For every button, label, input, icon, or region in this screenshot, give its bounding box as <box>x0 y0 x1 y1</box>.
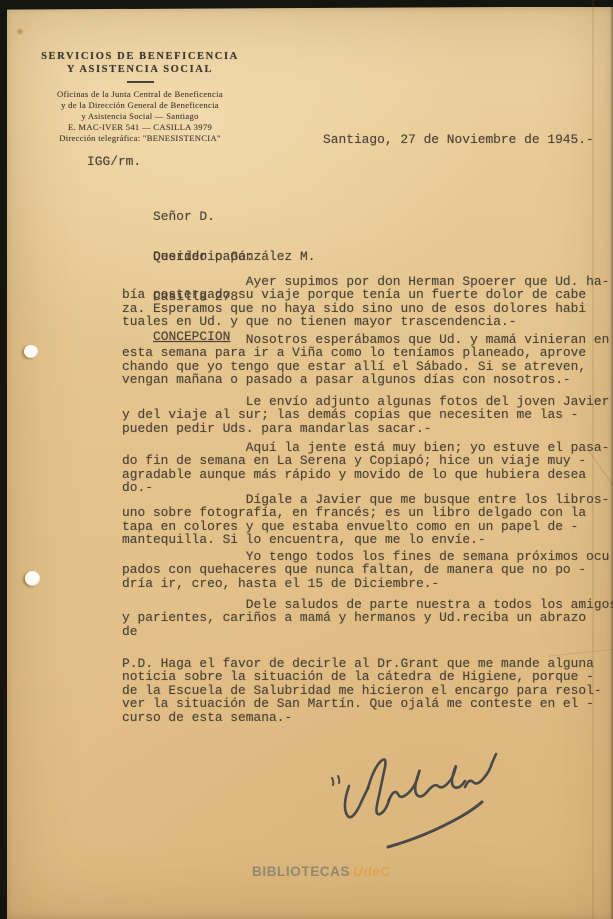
letterhead-sub-line2: y de la Dirección General de Beneficenci… <box>40 100 240 111</box>
signature-stroke-u <box>345 786 368 817</box>
letterhead-sub-line3: y Asistencia Social — Santiago <box>40 111 240 122</box>
letterhead-org-line1: SERVICIOS DE BENEFICENCIA <box>40 50 240 63</box>
recipient-title: Señor D. <box>153 210 315 223</box>
salutation: Querido papá: <box>153 250 254 263</box>
body-paragraph-5: Dígale a Javier que me busque entre los … <box>122 493 609 547</box>
library-watermark: BIBLIOTECASUdeC <box>252 864 391 879</box>
signature-stroke-tail <box>465 754 496 787</box>
body-paragraph-1: Ayer supimos por don Herman Spoerer que … <box>122 275 609 329</box>
signature-underline-flourish <box>388 802 482 847</box>
scanned-letter-page: SERVICIOS DE BENEFICENCIA Y ASISTENCIA S… <box>0 0 613 919</box>
letterhead: SERVICIOS DE BENEFICENCIA Y ASISTENCIA S… <box>40 50 240 144</box>
hole-punch-bottom <box>25 571 40 586</box>
body-paragraph-3: Le envío adjunto algunas fotos del joven… <box>122 395 609 435</box>
watermark-udec: UdeC <box>353 864 391 879</box>
reference-initials: IGG/rm. <box>87 155 141 168</box>
body-paragraph-2: Nosotros esperábamos que Ud. y mamá vini… <box>122 333 609 387</box>
letterhead-sub-line5: Dirección telegráfica: "BENESISTENCIA" <box>40 133 240 144</box>
date-line: Santiago, 27 de Noviembre de 1945.- <box>323 133 594 146</box>
signature-stroke-h <box>368 759 389 814</box>
signature-quote-mark <box>332 776 339 785</box>
letterhead-sub-line1: Oficinas de la Junta Central de Benefice… <box>40 89 240 100</box>
handwritten-signature <box>322 746 542 861</box>
letterhead-divider <box>127 81 154 83</box>
hole-punch-top <box>24 345 38 358</box>
body-paragraph-6: Yo tengo todos los fines de semana próxi… <box>122 550 609 590</box>
scan-edge-left <box>0 0 7 919</box>
paper-stain <box>16 28 24 35</box>
letterhead-sub-line4: E. MAC-IVER 541 — CASILLA 3979 <box>40 122 240 133</box>
watermark-bibliotecas: BIBLIOTECAS <box>252 864 350 879</box>
letterhead-org-line2: Y ASISTENCIA SOCIAL <box>40 63 240 76</box>
signature-stroke-word <box>389 766 465 800</box>
body-paragraph-4: Aquí la jente está muy bien; yo estuve e… <box>122 441 609 495</box>
body-paragraph-7: Dele saludos de parte nuestra a todos lo… <box>122 598 613 638</box>
postscript-paragraph: P.D. Haga el favor de decirle al Dr.Gran… <box>122 657 602 724</box>
